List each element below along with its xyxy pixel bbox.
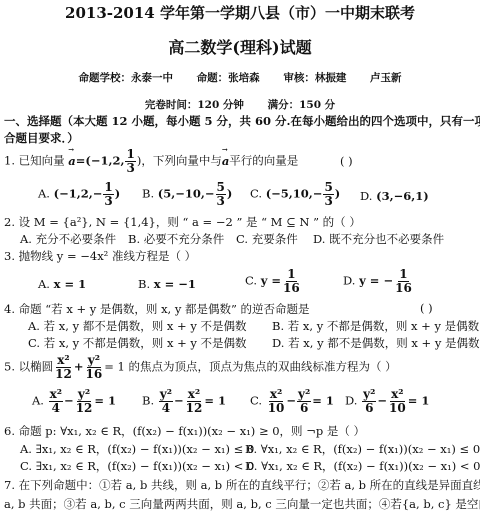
option-text: ∃x₁, x₂ ∈ R，(f(x₂) − f(x₁))(x₂ − x₁) < 0 xyxy=(36,459,255,473)
equals-one: = 1 xyxy=(94,394,116,408)
denominator: 3 xyxy=(323,195,333,208)
option-label: D. xyxy=(313,232,325,246)
stem-text: 抛物线 y = −4x² 准线方程是（ ） xyxy=(19,249,196,263)
operator: − xyxy=(377,394,387,408)
vector-a: a xyxy=(222,154,229,168)
option-text: y = xyxy=(261,274,281,288)
numerator: x² xyxy=(187,388,201,402)
denominator: 6 xyxy=(364,402,374,415)
option-text: 若 x, y 都不是偶数，则 x + y 是偶数 xyxy=(288,336,479,350)
stem-eq: =(−1,2, xyxy=(76,154,125,168)
operator: − xyxy=(64,394,74,408)
vector-a: a xyxy=(68,154,75,168)
question-number: 1. xyxy=(4,154,15,168)
stem-text: 命题 “若 x + y 是偶数，则 x, y 都是偶数” 的逆否命题是 xyxy=(19,302,310,316)
option-text: ) xyxy=(335,187,340,201)
option-text: 若 x, y 都不是偶数，则 x + y 不是偶数 xyxy=(44,319,247,333)
q5-option-d: D. y²6−x²10= 1 xyxy=(345,388,429,415)
question-5: 5. 以椭圆x²12+y²16= 1 的焦点为顶点，顶点为焦点的双曲线标准方程为… xyxy=(4,354,397,381)
option-label: B. xyxy=(138,277,150,291)
option-label: B. xyxy=(272,319,284,333)
q2-option-c: C. 充要条件 xyxy=(236,231,298,247)
denominator: 4 xyxy=(161,402,171,415)
option-label: C. xyxy=(250,187,262,201)
exam-info-line: 完卷时间：120 分钟 满分：150 分 xyxy=(0,97,480,112)
exam-subtitle: 高二数学(理科)试题 xyxy=(0,35,480,58)
option-text: 充分不必要条件 xyxy=(36,232,117,246)
option-label: A. xyxy=(20,232,32,246)
option-text: 必要不充分条件 xyxy=(144,232,225,246)
q4-option-a: A. 若 x, y 都不是偶数，则 x + y 不是偶数 xyxy=(28,318,246,334)
q2-option-b: B. 必要不充分条件 xyxy=(128,231,224,247)
numerator: 1 xyxy=(103,181,113,195)
q3-option-a: A. x = 1 xyxy=(38,277,86,291)
q5-option-c: C. x²10−y²6= 1 xyxy=(250,388,334,415)
option-label: A. xyxy=(32,394,44,408)
exam-time: 完卷时间：120 分钟 xyxy=(145,99,244,111)
denominator: 10 xyxy=(388,402,407,415)
numerator: y² xyxy=(77,388,91,402)
option-label: C. xyxy=(28,336,40,350)
option-label: B. xyxy=(142,394,154,408)
setting-school: 命题学校：永泰一中 xyxy=(79,72,174,84)
stem-text: 以椭圆 xyxy=(19,360,54,374)
q1-option-a: A. (−1,2,−13) xyxy=(38,181,120,208)
question-7: 7. 在下列命题中：①若 a, b 共线，则 a, b 所在的直线平行；②若 a… xyxy=(4,477,480,493)
q2-option-a: A. 充分不必要条件 xyxy=(20,231,116,247)
question-4: 4. 命题 “若 x + y 是偶数，则 x, y 都是偶数” 的逆否命题是 xyxy=(4,301,310,317)
option-label: A. xyxy=(28,319,40,333)
option-text: 充要条件 xyxy=(252,232,298,246)
denominator: 3 xyxy=(216,195,226,208)
fraction: y²4 xyxy=(159,388,173,415)
denominator: 6 xyxy=(299,402,309,415)
option-text: 若 x, y 不都是偶数，则 x + y 不是偶数 xyxy=(44,336,247,350)
option-text: (−1,2,− xyxy=(54,187,103,201)
question-number: 6. xyxy=(4,424,15,438)
numerator: y² xyxy=(297,388,311,402)
numerator: 1 xyxy=(286,268,296,282)
answer-blank: ( ) xyxy=(340,154,353,168)
q6-option-a: A. ∃x₁, x₂ ∈ R，(f(x₂) − f(x₁))(x₂ − x₁) … xyxy=(20,441,254,457)
option-text: x = −1 xyxy=(154,277,196,291)
fraction: y²12 xyxy=(75,388,94,415)
fraction: y²16 xyxy=(84,354,103,381)
question-3: 3. 抛物线 y = −4x² 准线方程是（ ） xyxy=(4,248,196,264)
numerator: 5 xyxy=(216,181,226,195)
q3-option-b: B. x = −1 xyxy=(138,277,196,291)
question-number: 4. xyxy=(4,302,15,316)
stem-text: 命题 p: ∀x₁, x₂ ∈ R，(f(x₂) − f(x₁))(x₂ − x… xyxy=(19,424,365,438)
option-label: C. xyxy=(236,232,248,246)
numerator: y² xyxy=(87,354,101,368)
question-number: 3. xyxy=(4,249,15,263)
operator: − xyxy=(286,394,296,408)
option-label: A. xyxy=(38,187,50,201)
fraction: 13 xyxy=(103,181,113,208)
q4-option-b: B. 若 x, y 不都是偶数，则 x + y 是偶数 xyxy=(272,318,479,334)
q6-option-c: C. ∃x₁, x₂ ∈ R，(f(x₂) − f(x₁))(x₂ − x₁) … xyxy=(20,458,254,474)
fraction: 53 xyxy=(323,181,333,208)
denominator: 10 xyxy=(267,402,286,415)
option-label: C. xyxy=(250,394,262,408)
question-2: 2. 设 M = {a²}, N = {1,4}，则 “ a = −2 ” 是 … xyxy=(4,214,361,230)
operator: + xyxy=(74,360,84,374)
option-label: D. xyxy=(245,459,257,473)
fraction: x²4 xyxy=(49,388,63,415)
option-label: D. xyxy=(272,336,284,350)
denominator: 16 xyxy=(84,368,103,381)
fraction: x²12 xyxy=(54,354,73,381)
fraction: y²6 xyxy=(362,388,376,415)
denominator: 12 xyxy=(54,368,73,381)
q5-option-a: A. x²4−y²12= 1 xyxy=(32,388,116,415)
denominator: 16 xyxy=(394,282,413,295)
stem-text: 平行的向量是 xyxy=(229,154,298,168)
numerator: 1 xyxy=(398,268,408,282)
operator: − xyxy=(174,394,184,408)
option-label: B. xyxy=(142,187,154,201)
equals-one: = 1 xyxy=(408,394,430,408)
q4-option-c: C. 若 x, y 不都是偶数，则 x + y 不是偶数 xyxy=(28,335,247,351)
option-text: (5,−10,− xyxy=(158,187,215,201)
numerator: y² xyxy=(362,388,376,402)
stem-text: )，下列向量中与 xyxy=(137,154,222,168)
option-label: D. xyxy=(343,274,355,288)
numerator: x² xyxy=(390,388,404,402)
q3-option-c: C. y =116 xyxy=(245,268,302,295)
option-label: B. xyxy=(245,442,257,456)
fraction: 53 xyxy=(216,181,226,208)
option-text: ∀x₁, x₂ ∈ R，(f(x₂) − f(x₁))(x₂ − x₁) ≤ 0 xyxy=(261,442,480,456)
question-number: 5. xyxy=(4,360,15,374)
fraction: x²10 xyxy=(267,388,286,415)
equals-one: = 1 xyxy=(204,394,226,408)
question-number: 2. xyxy=(4,215,15,229)
q6-option-b: B. ∀x₁, x₂ ∈ R，(f(x₂) − f(x₁))(x₂ − x₁) … xyxy=(245,441,480,457)
exam-score: 满分：150 分 xyxy=(268,99,336,111)
fraction: x²12 xyxy=(185,388,204,415)
question-setter: 命题：张培森 xyxy=(197,72,260,84)
section-heading: 一、选择题（本大题 12 小题，每小题 5 分，共 60 分.在每小题给出的四个… xyxy=(4,113,480,129)
option-text: ∀x₁, x₂ ∈ R，(f(x₂) − f(x₁))(x₂ − x₁) < 0 xyxy=(261,459,480,473)
option-text: y = − xyxy=(359,274,393,288)
option-label: D. xyxy=(345,394,357,408)
equals-one: = 1 xyxy=(312,394,334,408)
numerator: y² xyxy=(159,388,173,402)
question-7-cont: a, b 共面；③若 a, b, c 三向量两两共面，则 a, b, c 三向量… xyxy=(4,496,480,512)
option-text: (3,−6,1) xyxy=(376,189,429,203)
option-text: ) xyxy=(115,187,120,201)
q3-option-d: D. y = −116 xyxy=(343,268,414,295)
fraction: x²10 xyxy=(388,388,407,415)
q1-option-d: D. (3,−6,1) xyxy=(360,189,429,203)
option-text: 若 x, y 不都是偶数，则 x + y 是偶数 xyxy=(288,319,479,333)
option-label: A. xyxy=(38,277,50,291)
stem-text: 设 M = {a²}, N = {1,4}，则 “ a = −2 ” 是 “ M… xyxy=(19,215,361,229)
denominator: 12 xyxy=(185,402,204,415)
authors-line: 命题学校：永泰一中 命题：张培森 审核：林振建 卢玉新 xyxy=(0,70,480,85)
denominator: 3 xyxy=(103,195,113,208)
question-number: 7. xyxy=(4,478,15,492)
option-text: ) xyxy=(227,187,232,201)
reviewer-2: 卢玉新 xyxy=(370,72,402,84)
q6-option-d: D. ∀x₁, x₂ ∈ R，(f(x₂) − f(x₁))(x₂ − x₁) … xyxy=(245,458,480,474)
fraction: y²6 xyxy=(297,388,311,415)
exam-title: 2013-2014 学年第一学期八县（市）一中期末联考 xyxy=(0,2,480,23)
option-text: ∃x₁, x₂ ∈ R，(f(x₂) − f(x₁))(x₂ − x₁) ≤ 0 xyxy=(36,442,255,456)
option-label: C. xyxy=(245,274,257,288)
answer-blank: ( ) xyxy=(420,301,433,315)
question-1: 1. 已知向量 a=(−1,2,13)，下列向量中与a平行的向量是 ( ) xyxy=(4,148,353,175)
numerator: x² xyxy=(49,388,63,402)
q1-option-b: B. (5,−10,−53) xyxy=(142,181,232,208)
fraction: 116 xyxy=(282,268,301,295)
fraction: 116 xyxy=(394,268,413,295)
option-label: C. xyxy=(20,459,32,473)
denominator: 4 xyxy=(51,402,61,415)
option-label: A. xyxy=(20,442,32,456)
q5-option-b: B. y²4−x²12= 1 xyxy=(142,388,226,415)
numerator: x² xyxy=(56,354,70,368)
option-text: (−5,10,− xyxy=(266,187,323,201)
q2-option-d: D. 既不充分也不必要条件 xyxy=(313,231,444,247)
q1-option-c: C. (−5,10,−53) xyxy=(250,181,340,208)
denominator: 12 xyxy=(75,402,94,415)
option-label: B. xyxy=(128,232,140,246)
fraction: 13 xyxy=(125,148,135,175)
stem-text: 在下列命题中：①若 a, b 共线，则 a, b 所在的直线平行；②若 a, b… xyxy=(19,478,480,492)
numerator: 1 xyxy=(125,148,135,162)
option-text: x = 1 xyxy=(54,277,87,291)
numerator: x² xyxy=(269,388,283,402)
option-label: D. xyxy=(360,189,372,203)
denominator: 3 xyxy=(125,162,135,175)
numerator: 5 xyxy=(323,181,333,195)
stem-text: 已知向量 xyxy=(19,154,65,168)
option-text: 既不充分也不必要条件 xyxy=(329,232,444,246)
stem-text: = 1 的焦点为顶点，顶点为焦点的双曲线标准方程为（ ） xyxy=(104,360,396,374)
q4-option-d: D. 若 x, y 都不是偶数，则 x + y 是偶数 xyxy=(272,335,479,351)
reviewer: 审核：林振建 xyxy=(283,72,346,84)
denominator: 16 xyxy=(282,282,301,295)
question-6: 6. 命题 p: ∀x₁, x₂ ∈ R，(f(x₂) − f(x₁))(x₂ … xyxy=(4,423,365,439)
